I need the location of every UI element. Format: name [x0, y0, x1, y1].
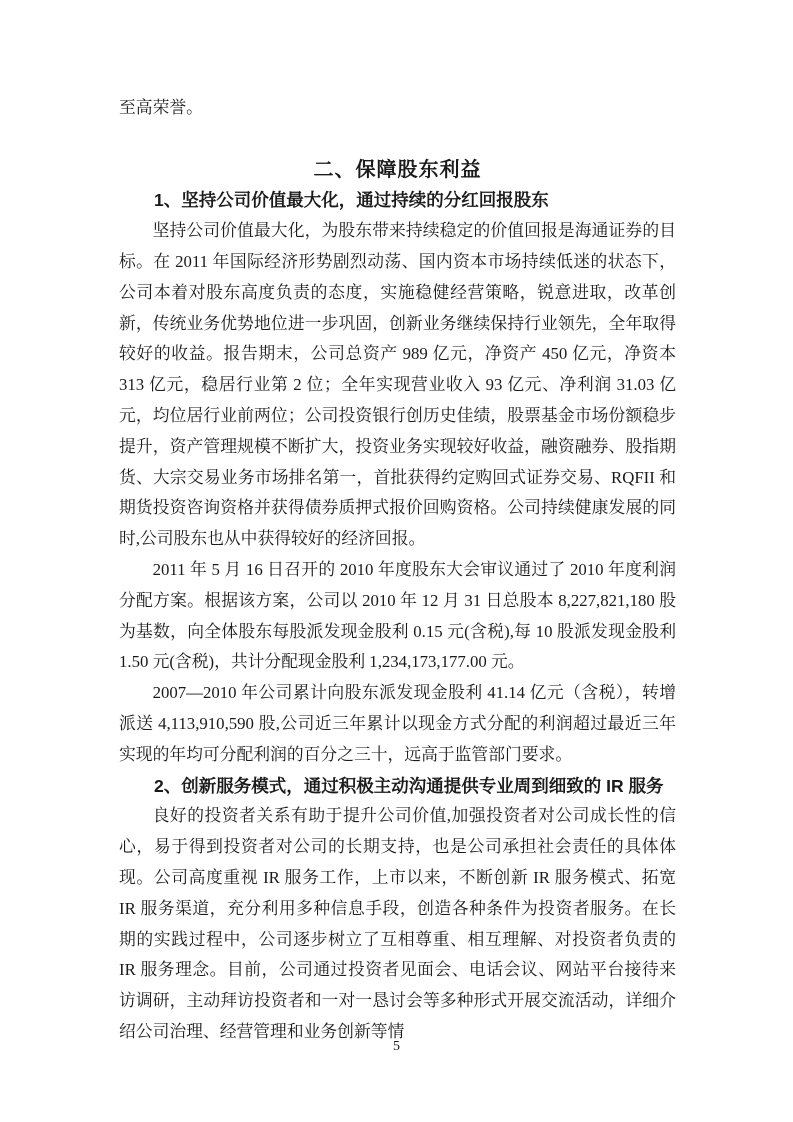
- section-title: 二、保障股东利益: [119, 155, 676, 186]
- subsection-2-heading: 2、创新服务模式，通过积极主动沟通提供专业周到细致的 IR 服务: [119, 771, 676, 802]
- paragraph-continuation: 至高荣誉。: [119, 93, 676, 124]
- subsection-1-paragraph-1: 坚持公司价值最大化，为股东带来持续稳定的价值回报是海通证券的目标。在 2011 …: [119, 216, 676, 555]
- document-page: 至高荣誉。 二、保障股东利益 1、坚持公司价值最大化，通过持续的分红回报股东 坚…: [0, 0, 793, 1122]
- page-number: 5: [0, 1037, 793, 1057]
- subsection-1-paragraph-2: 2011 年 5 月 16 日召开的 2010 年度股东大会审议通过了 2010…: [119, 555, 676, 678]
- subsection-1-paragraph-3: 2007—2010 年公司累计向股东派发现金股利 41.14 亿元（含税），转增…: [119, 678, 676, 770]
- subsection-1-heading: 1、坚持公司价值最大化，通过持续的分红回报股东: [119, 185, 676, 216]
- document-content: 至高荣誉。 二、保障股东利益 1、坚持公司价值最大化，通过持续的分红回报股东 坚…: [119, 93, 676, 1048]
- subsection-2-paragraph-1: 良好的投资者关系有助于提升公司价值,加强投资者对公司成长性的信心，易于得到投资者…: [119, 801, 676, 1047]
